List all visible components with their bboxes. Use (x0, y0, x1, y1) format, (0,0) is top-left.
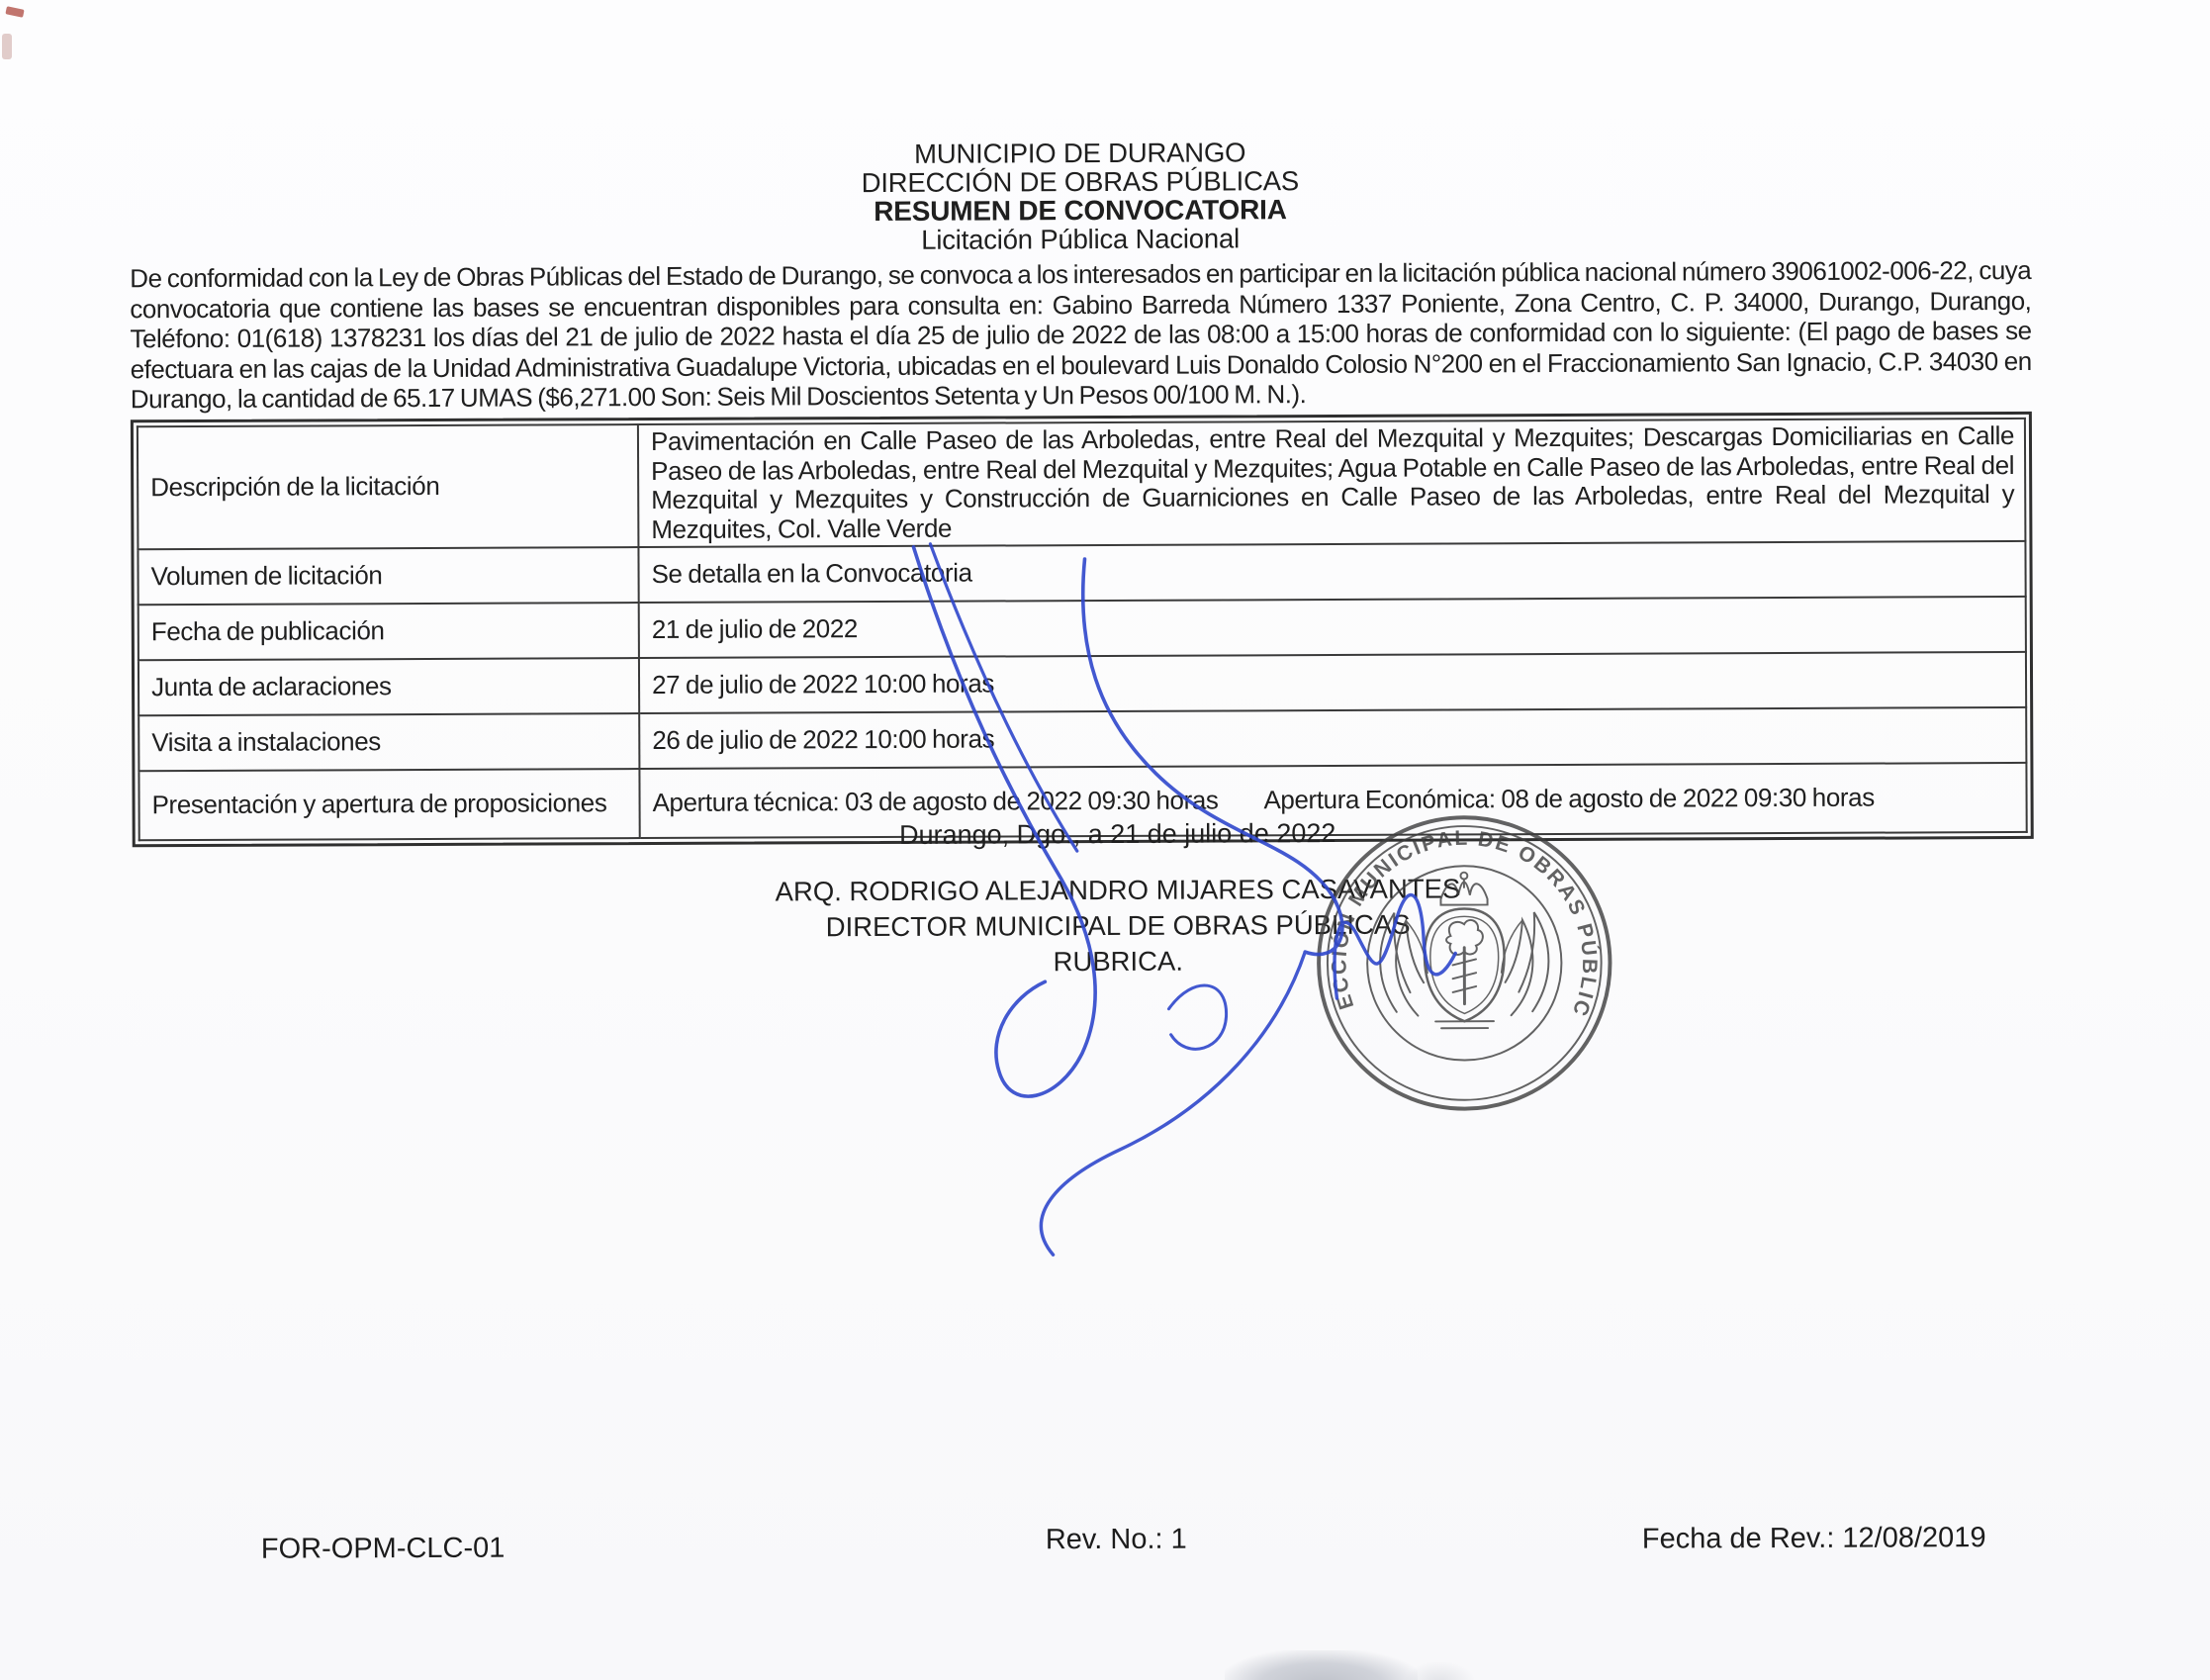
intro-paragraph: De conformidad con la Ley de Obras Públi… (130, 255, 2032, 415)
scanned-document-page: MUNICIPIO DE DURANGO DIRECCIÓN DE OBRAS … (0, 0, 2210, 1680)
table-row: Descripción de la licitación Pavimentaci… (138, 419, 2026, 549)
seal-crown (1440, 873, 1487, 905)
row-value: Se detalla en la Convocatoria (638, 541, 2025, 603)
table-row: Volumen de licitación Se detalla en la C… (138, 541, 2025, 605)
table-row: Visita a instalaciones 26 de julio de 20… (138, 707, 2026, 771)
row-value: 27 de julio de 2022 10:00 horas (639, 652, 2026, 713)
document-footer: FOR-OPM-CLC-01 Rev. No.: 1 Fecha de Rev.… (136, 1526, 2037, 1534)
document-body: MUNICIPIO DE DURANGO DIRECCIÓN DE OBRAS … (0, 0, 2210, 1680)
row-label: Fecha de publicación (138, 603, 639, 660)
row-label: Descripción de la licitación (138, 424, 639, 549)
footer-revision-date: Fecha de Rev.: 12/08/2019 (1642, 1522, 1986, 1556)
row-label: Visita a instalaciones (138, 713, 639, 771)
summary-table: Descripción de la licitación Pavimentaci… (137, 418, 2028, 841)
scan-smudge (1405, 1662, 1474, 1680)
licitacion-description: Pavimentación en Calle Paseo de las Arbo… (651, 421, 2015, 544)
footer-revision-number: Rev. No.: 1 (1046, 1524, 1187, 1557)
row-value: 21 de julio de 2022 (639, 597, 2026, 658)
summary-table-wrapper: Descripción de la licitación Pavimentaci… (131, 412, 2034, 847)
row-value: 26 de julio de 2022 10:00 horas (639, 707, 2026, 769)
scan-smudge (1225, 1650, 1418, 1680)
table-row: Fecha de publicación 21 de julio de 2022 (138, 597, 2026, 660)
rubrica-label: RUBRICA. (167, 940, 2069, 983)
signature-block: ARQ. RODRIGO ALEJANDRO MIJARES CASAVANTE… (167, 869, 2069, 983)
seal-laurel-left (1380, 913, 1427, 1016)
row-value: Pavimentación en Calle Paseo de las Arbo… (638, 419, 2026, 547)
technical-opening-value: Apertura técnica: 03 de agosto de 2022 0… (653, 787, 1219, 818)
footer-form-code: FOR-OPM-CLC-01 (261, 1533, 506, 1566)
official-seal: DIRECCIÓN MUNICIPAL DE OBRAS PÚBLICAS (1309, 807, 1620, 1119)
document-header: MUNICIPIO DE DURANGO DIRECCIÓN DE OBRAS … (130, 135, 2031, 257)
row-label: Junta de aclaraciones (138, 658, 639, 715)
seal-shield (1425, 908, 1505, 1028)
row-label: Volumen de licitación (138, 547, 638, 605)
table-row: Junta de aclaraciones 27 de julio de 202… (138, 652, 2026, 715)
seal-laurel-right (1501, 912, 1548, 1015)
